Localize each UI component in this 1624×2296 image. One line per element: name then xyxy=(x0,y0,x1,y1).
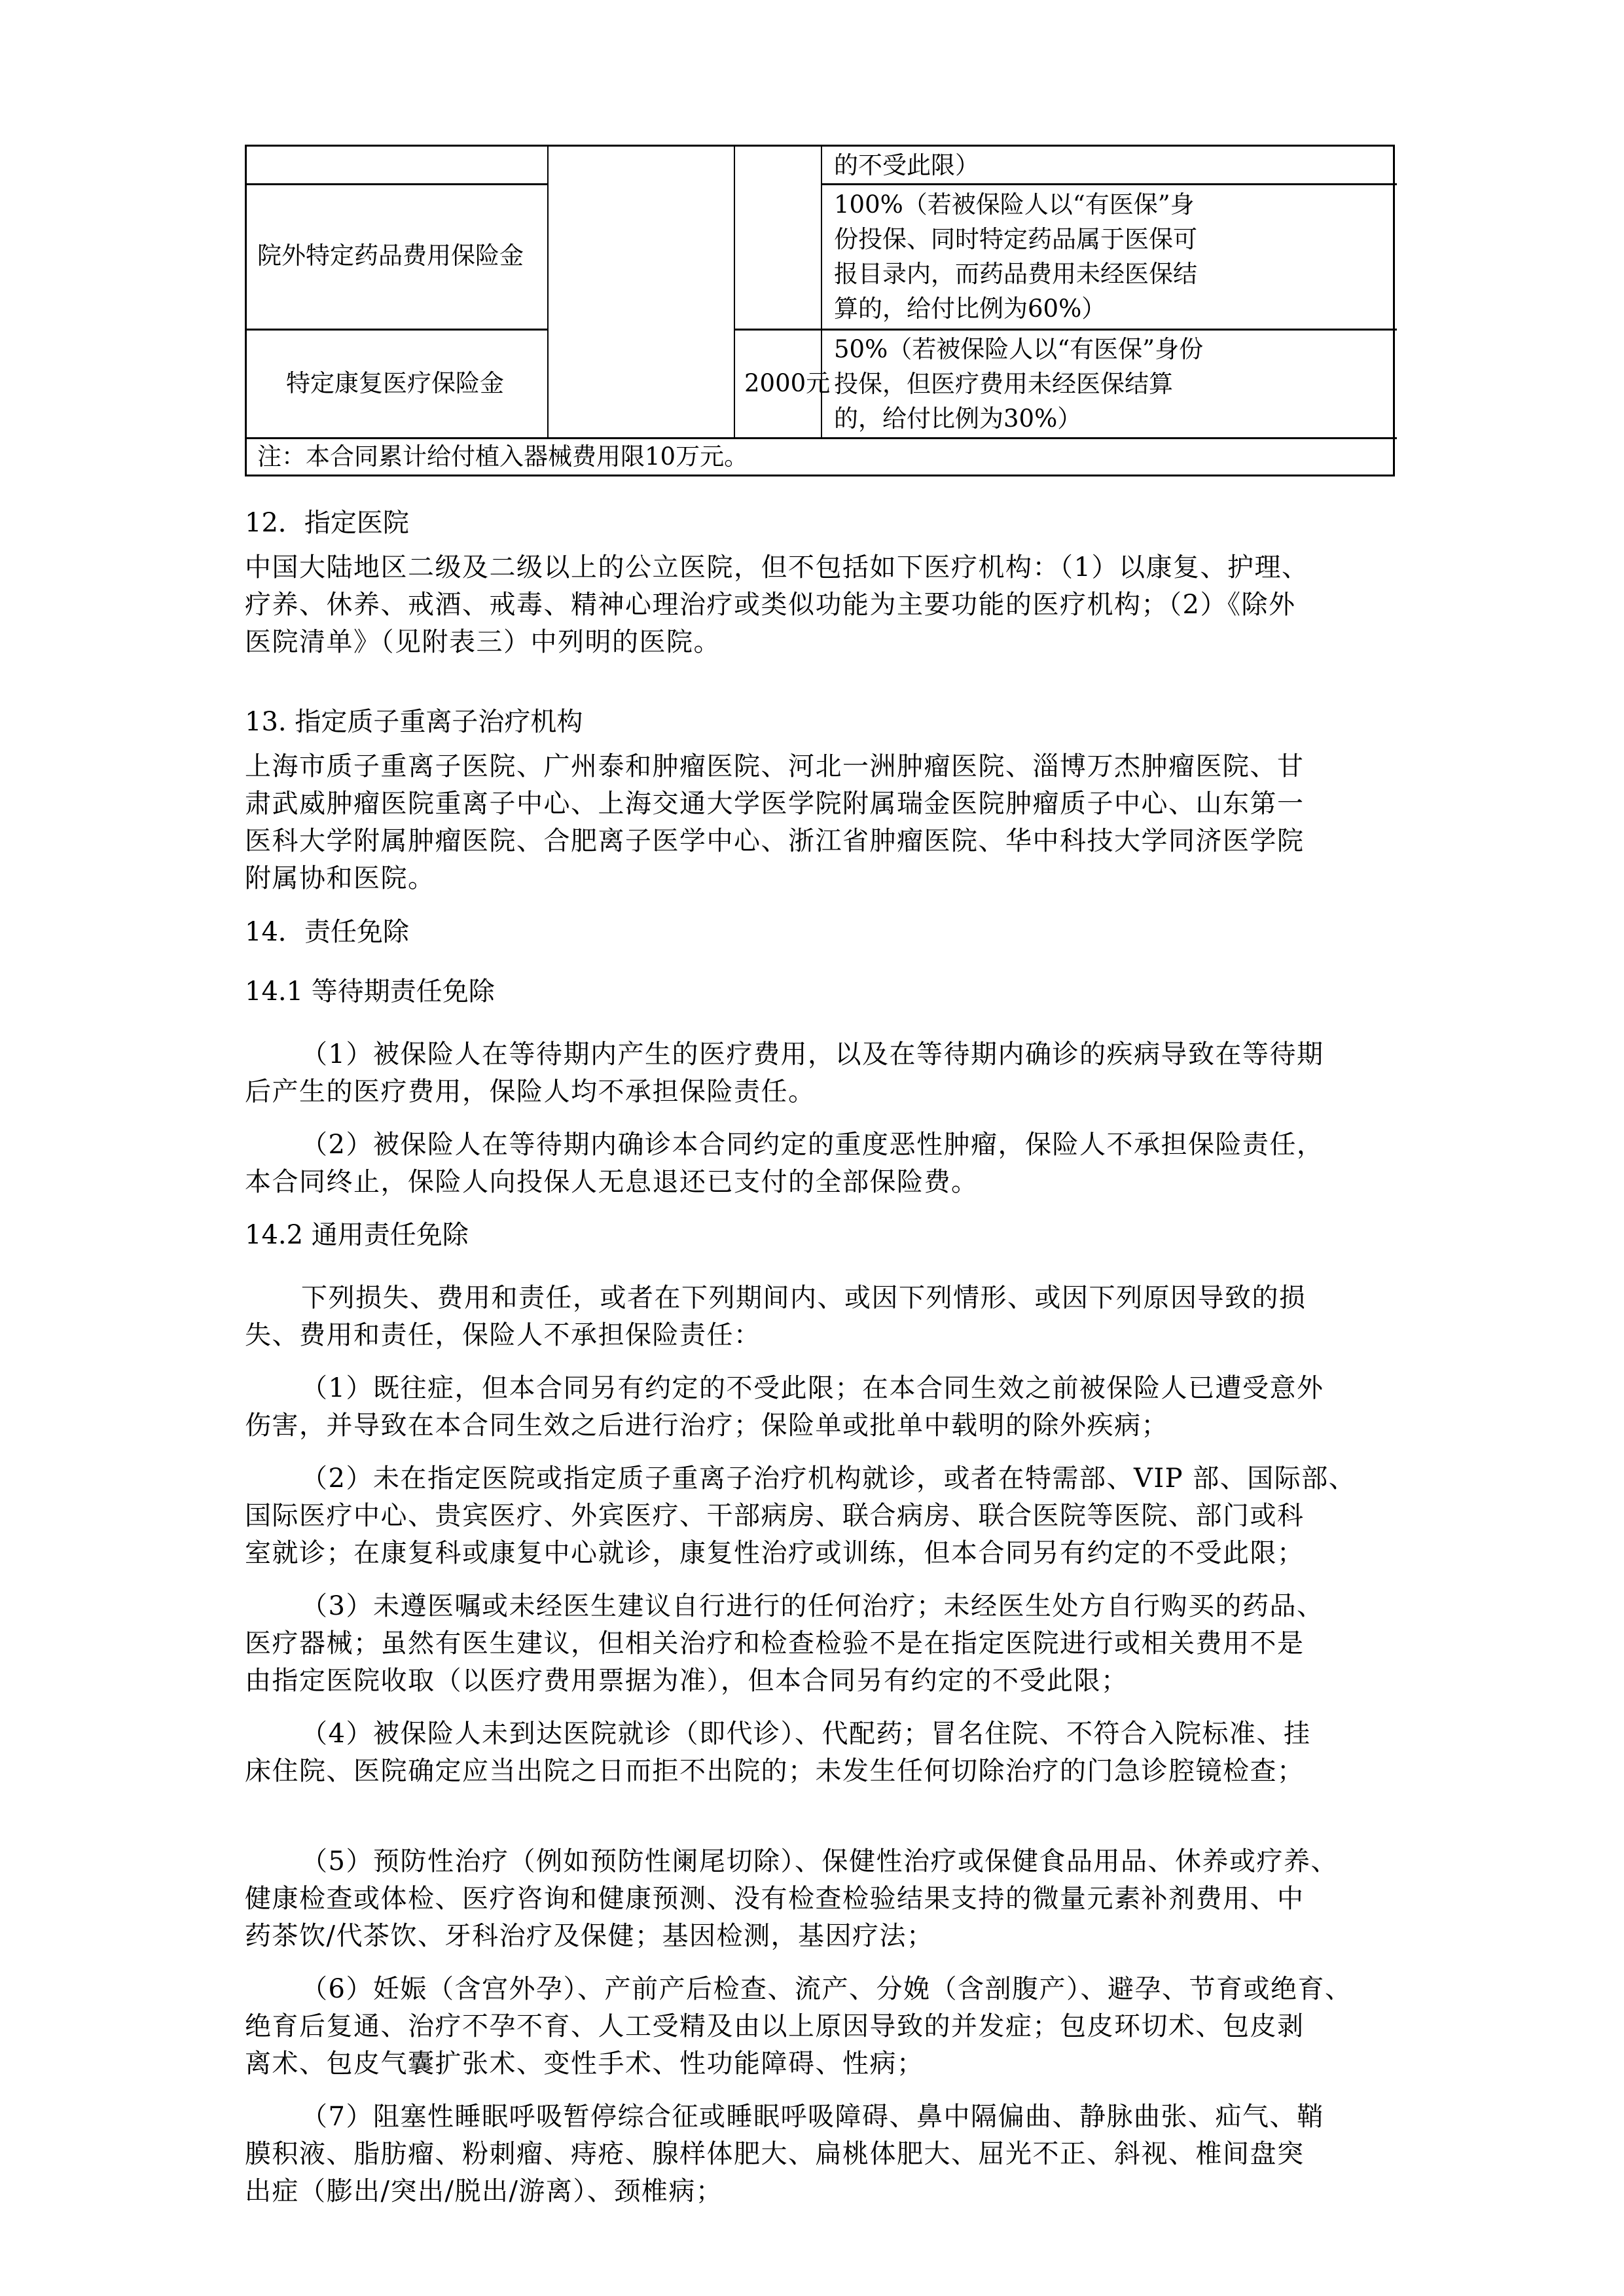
table-row-2-ratio-line-4: 算的，给付比例为60%） xyxy=(834,293,1106,324)
table-row-2-ratio-line-2: 份投保、同时特定药品属于医保可 xyxy=(834,224,1197,255)
table-row-divider-2a xyxy=(247,329,549,331)
section-14-heading: 14．责任免除 xyxy=(245,914,409,951)
section-14-1-item-1-line-1: （1）被保险人在等待期内产生的医疗费用，以及在等待期内确诊的疾病导致在等待期 xyxy=(301,1036,1324,1073)
section-14-1-item-2-line-2: 本合同终止，保险人向投保人无息退还已支付的全部保险费。 xyxy=(245,1164,979,1201)
section-13-line-4: 附属协和医院。 xyxy=(245,860,435,897)
table-row-divider-3 xyxy=(247,437,1397,439)
exclusion-item-4-line-2: 床住院、医院确定应当出院之日而拒不出院的；未发生任何切除治疗的门急诊腔镜检查； xyxy=(245,1753,1305,1790)
exclusion-item-1-line-2: 伤害，并导致在本合同生效之后进行治疗；保险单或批单中载明的除外疾病； xyxy=(245,1407,1168,1444)
section-12-heading: 12．指定医院 xyxy=(245,505,409,542)
table-row-divider-2b xyxy=(734,329,1397,331)
table-row-2-ratio-line-1: 100%（若被保险人以“有医保”身 xyxy=(834,189,1195,220)
exclusion-item-6-line-1: （6）妊娠（含宫外孕）、产前产后检查、流产、分娩（含剖腹产）、避孕、节育或绝育、 xyxy=(301,1971,1352,2008)
section-14-2-intro-line-2: 失、费用和责任，保险人不承担保险责任： xyxy=(245,1317,761,1354)
table-row-3-benefit: 特定康复医疗保险金 xyxy=(286,368,504,399)
section-12-line-1: 中国大陆地区二级及二级以上的公立医院，但不包括如下医疗机构：（1）以康复、护理、 xyxy=(245,549,1308,586)
exclusion-item-7-line-3: 出症（膨出/突出/脱出/游离）、颈椎病； xyxy=(245,2173,723,2210)
table-row-divider-1b xyxy=(821,183,1397,185)
table-row-3-ratio-line-1: 50%（若被保险人以“有医保”身份 xyxy=(834,334,1203,365)
section-14-2-intro-line-1: 下列损失、费用和责任，或者在下列期间内、或因下列情形、或因下列原因导致的损 xyxy=(301,1280,1307,1317)
section-12-line-3: 医院清单》（见附表三）中列明的医院。 xyxy=(245,624,721,661)
table-col-divider-1 xyxy=(547,147,549,439)
exclusion-item-6-line-2: 绝育后复通、治疗不孕不育、人工受精及由以上原因导致的并发症；包皮环切术、包皮剥 xyxy=(245,2008,1305,2045)
exclusion-item-2-line-1: （2）未在指定医院或指定质子重离子治疗机构就诊，或者在特需部、VIP 部、国际部… xyxy=(301,1460,1356,1498)
table-col-divider-2 xyxy=(734,147,735,439)
table-row-3-limit: 2000元 xyxy=(744,368,830,399)
exclusion-item-7-line-2: 膜积液、脂肪瘤、粉刺瘤、痔疮、腺样体肥大、扁桃体肥大、屈光不正、斜视、椎间盘突 xyxy=(245,2136,1305,2173)
table-row-3-ratio-line-3: 的，给付比例为30%） xyxy=(834,403,1081,434)
table-row-1-ratio-line-1: 的不受此限） xyxy=(834,150,979,181)
exclusion-item-6-line-3: 离术、包皮气囊扩张术、变性手术、性功能障碍、性病； xyxy=(245,2045,924,2083)
exclusion-item-2-line-3: 室就诊；在康复科或康复中心就诊，康复性治疗或训练，但本合同另有约定的不受此限； xyxy=(245,1535,1305,1572)
table-row-2-ratio-line-3: 报目录内，而药品费用未经医保结 xyxy=(834,259,1197,289)
exclusion-item-3-line-3: 由指定医院收取（以医疗费用票据为准），但本合同另有约定的不受此限； xyxy=(245,1662,1128,1700)
table-row-divider-1a xyxy=(247,183,549,185)
exclusion-item-7-line-1: （7）阻塞性睡眠呼吸暂停综合征或睡眠呼吸障碍、鼻中隔偏曲、静脉曲张、疝气、鞘 xyxy=(301,2098,1324,2136)
section-12-line-2: 疗养、休养、戒酒、戒毒、精神心理治疗或类似功能为主要功能的医疗机构；（2）《除外 xyxy=(245,586,1295,624)
table-note: 注：本合同累计给付植入器械费用限10万元。 xyxy=(257,441,748,472)
benefit-table: 的不受此限） 院外特定药品费用保险金 100%（若被保险人以“有医保”身 份投保… xyxy=(245,145,1395,476)
section-13-line-2: 肃武威肿瘤医院重离子中心、上海交通大学医学院附属瑞金医院肿瘤质子中心、山东第一 xyxy=(245,785,1305,823)
section-13-heading: 13. 指定质子重离子治疗机构 xyxy=(245,704,583,741)
section-14-2-heading: 14.2 通用责任免除 xyxy=(245,1217,469,1254)
exclusion-item-5-line-1: （5）预防性治疗（例如预防性阑尾切除）、保健性治疗或保健食品用品、休养或疗养、 xyxy=(301,1843,1338,1880)
exclusion-item-5-line-3: 药茶饮/代茶饮、牙科治疗及保健；基因检测，基因疗法； xyxy=(245,1918,933,1955)
section-13-line-3: 医科大学附属肿瘤医院、合肥离子医学中心、浙江省肿瘤医院、华中科技大学同济医学院 xyxy=(245,823,1305,860)
section-14-1-item-1-line-2: 后产生的医疗费用，保险人均不承担保险责任。 xyxy=(245,1073,816,1111)
exclusion-item-3-line-2: 医疗器械；虽然有医生建议，但相关治疗和检查检验不是在指定医院进行或相关费用不是 xyxy=(245,1625,1305,1662)
exclusion-item-3-line-1: （3）未遵医嘱或未经医生建议自行进行的任何治疗；未经医生处方自行购买的药品、 xyxy=(301,1588,1324,1625)
table-row-2-benefit: 院外特定药品费用保险金 xyxy=(257,240,524,271)
section-13-line-1: 上海市质子重离子医院、广州泰和肿瘤医院、河北一洲肿瘤医院、淄博万杰肿瘤医院、甘 xyxy=(245,748,1305,785)
exclusion-item-4-line-1: （4）被保险人未到达医院就诊（即代诊）、代配药；冒名住院、不符合入院标准、挂 xyxy=(301,1715,1310,1753)
document-page: 的不受此限） 院外特定药品费用保险金 100%（若被保险人以“有医保”身 份投保… xyxy=(0,0,1624,2296)
exclusion-item-2-line-2: 国际医疗中心、贵宾医疗、外宾医疗、干部病房、联合病房、联合医院等医院、部门或科 xyxy=(245,1498,1305,1535)
exclusion-item-1-line-1: （1）既往症，但本合同另有约定的不受此限；在本合同生效之前被保险人已遭受意外 xyxy=(301,1370,1324,1407)
section-14-1-item-2-line-1: （2）被保险人在等待期内确诊本合同约定的重度恶性肿瘤，保险人不承担保险责任， xyxy=(301,1126,1324,1164)
exclusion-item-5-line-2: 健康检查或体检、医疗咨询和健康预测、没有检查检验结果支持的微量元素补剂费用、中 xyxy=(245,1880,1305,1918)
table-row-3-ratio-line-2: 投保，但医疗费用未经医保结算 xyxy=(834,368,1173,399)
section-14-1-heading: 14.1 等待期责任免除 xyxy=(245,973,495,1011)
